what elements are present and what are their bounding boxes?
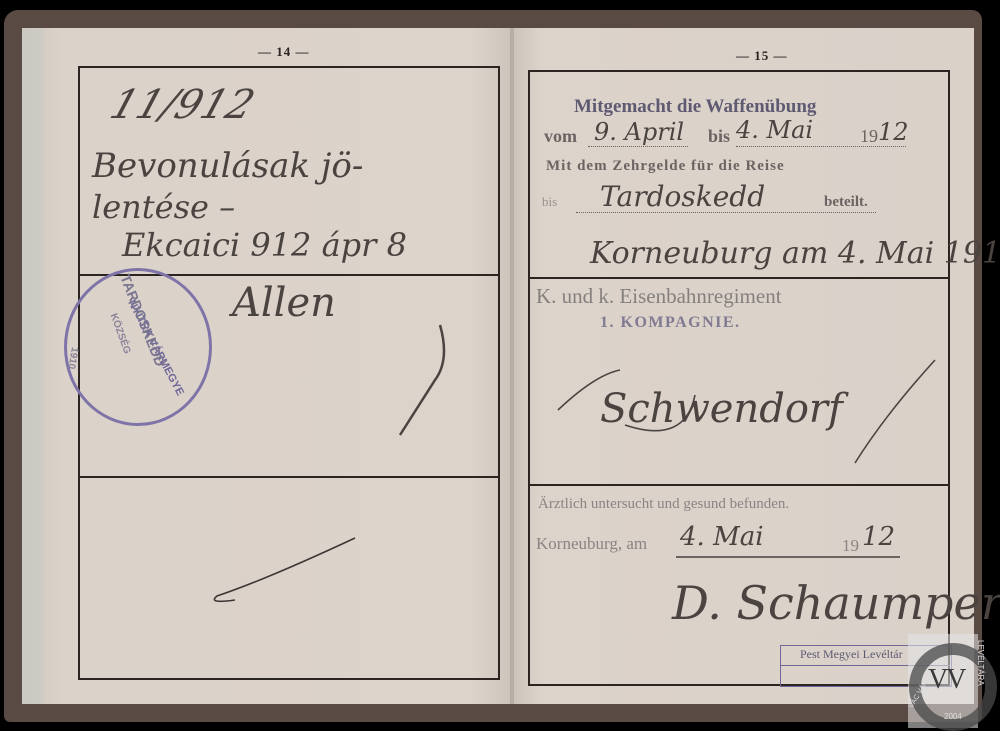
travel-allowance-text: Mit dem Zehrgelde für die Reise — [546, 158, 785, 175]
handwritten-destination: Tardoskedd — [600, 180, 765, 213]
year-handwritten-2: 12 — [862, 522, 895, 552]
watermark-letters: VV — [928, 664, 964, 696]
signature-flourishes — [555, 355, 955, 475]
watermark-year: 2004 — [944, 712, 962, 721]
exercise-stamp-heading: Mitgemacht die Waffenübung — [574, 96, 816, 118]
medical-year-line — [840, 556, 900, 558]
company-stamp: 1. KOMPAGNIE. — [600, 314, 741, 332]
regiment-stamp: K. und k. Eisenbahnregiment — [536, 284, 782, 309]
year-printed-1: 19 — [860, 126, 878, 147]
handwritten-from-date: 9. April — [594, 118, 684, 146]
pen-stroke-mark — [205, 530, 365, 610]
book-gutter — [510, 28, 514, 704]
handwritten-line-4: Ekcaici 912 ápr 8 — [122, 226, 407, 264]
page-stack-edge — [22, 28, 44, 704]
handwritten-to-date: 4. Mai — [736, 116, 813, 144]
year-printed-2: 19 — [842, 536, 859, 556]
signature-flourish — [380, 320, 460, 440]
right-divider-1 — [528, 277, 948, 279]
handwritten-record-number: 11/912 — [105, 82, 261, 128]
year-handwritten-1: 12 — [878, 118, 909, 146]
watermark-ring-right: LEVÉLTÁRA — [976, 640, 985, 686]
left-divider-2 — [78, 476, 498, 478]
handwritten-signature-left: Allen — [232, 280, 336, 326]
handwritten-medical-date: 4. Mai — [680, 522, 764, 552]
medical-exam-text: Ärztlich untersucht und gesund befunden. — [538, 496, 789, 513]
handwritten-line-3: lentése – — [92, 188, 235, 226]
medical-place-label: Korneuburg, am — [536, 534, 647, 554]
handwritten-line-2: Bevonulásak jö- — [92, 146, 363, 186]
bis-label-2: bis — [542, 194, 557, 210]
bis-label: bis — [708, 126, 730, 147]
doctor-signature: D. Schaumper — [672, 576, 1000, 630]
page-number-left: — 14 — — [258, 44, 310, 60]
archive-stamp-label: Pest Megyei Levéltár — [800, 647, 903, 662]
page-number-right: — 15 — — [736, 48, 788, 64]
medical-date-line — [676, 556, 840, 558]
vom-label: vom — [544, 126, 577, 147]
handwritten-place-date: Korneuburg am 4. Mai 1912 — [590, 236, 1000, 271]
beteilt-label: beteilt. — [824, 194, 868, 211]
right-divider-2 — [528, 484, 948, 486]
vom-dotted-line — [588, 146, 688, 147]
bis-dotted-line — [736, 146, 906, 147]
